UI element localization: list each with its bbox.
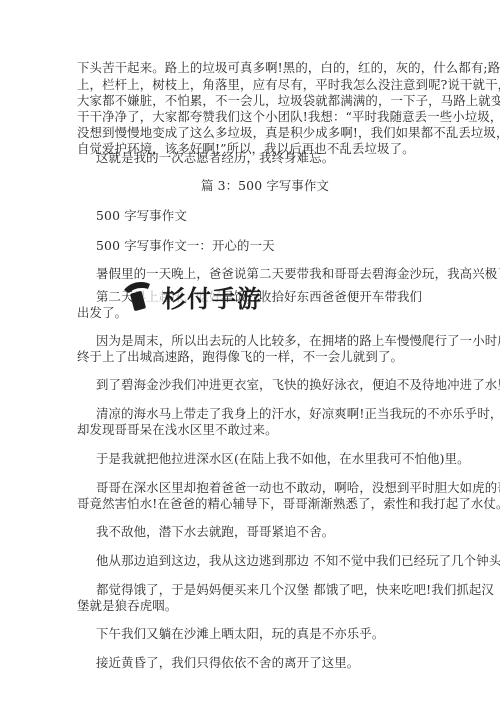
- text-line: 下头苦干起来。路上的垃圾可真多啊!黑的，白的，红的，灰的，什么都有;路边: [77, 60, 500, 76]
- paragraph-line: 都觉得饿了，于是妈妈便买来几个汉堡 都饿了吧，快来吃吧!我们抓起汉: [96, 582, 494, 598]
- text-line: 上，栏杆上，树枝上，角落里，应有尽有，平时我怎么没注意到呢?说干就干，: [77, 77, 500, 93]
- watermark: 杉付手游: [120, 276, 262, 316]
- text-line: 干干净净了，大家都夸赞我们这个小团队!我想：“平时我随意丢一些小垃圾，: [77, 109, 500, 125]
- paragraph-line: 因为是周末，所以出去玩的人比较多，在拥堵的路上车慢慢爬行了一小时后，: [96, 333, 500, 349]
- paragraph: 这就是我的一次志愿者经历，我终身难忘。: [96, 150, 334, 166]
- paragraph: 接近黄昏了，我们只得依依不舍的离开了这里。: [96, 655, 359, 671]
- section-title: 篇 3：500 字写事作文: [0, 178, 500, 194]
- paragraph-line: 却发现哥哥呆在浅水区里不敢过来。: [77, 422, 278, 438]
- paragraph-line: 堡就是狼吞虎咽。: [77, 598, 177, 614]
- text-line: 没想到慢慢地变成了这么多垃圾，真是积少成多啊!，我们如果都不乱丢垃圾，: [77, 125, 500, 141]
- hand-phone-logo-icon: [120, 276, 160, 316]
- subtitle: 500 字写事作文: [96, 208, 187, 224]
- paragraph: 他从那边追到这边，我从这边逃到那边 不知不觉中我们已经玩了几个钟头。: [96, 553, 500, 569]
- subtitle: 500 字写事作文一：开心的一天: [96, 238, 275, 254]
- paragraph: 我不敌他，潜下水去就跑，哥哥紧追不舍。: [96, 524, 334, 540]
- paragraph: 于是我就把他拉进深水区(在陆上我不如他，在水里我可不怕他)里。: [96, 451, 470, 467]
- text-line: 大家都不嫌脏，不怕累，不一会儿，垃圾袋就都满满的，一下子，马路上就变得: [77, 93, 500, 109]
- paragraph-line: 哥竟然害怕水!在爸爸的精心辅导下，哥哥渐渐熟悉了，索性和我打起了水仗。: [77, 496, 500, 512]
- paragraph-line: 清凉的海水马上带走了我身上的汗水，好凉爽啊!正当我玩的不亦乐乎时，: [96, 406, 500, 422]
- document-page: 下头苦干起来。路上的垃圾可真多啊!黑的，白的，红的，灰的，什么都有;路边 上，栏…: [0, 0, 500, 708]
- paragraph-line: 哥哥在深水区里却抱着爸爸一动也不敢动，啊哈，没想到平时胆大如虎的哥: [96, 480, 500, 496]
- paragraph-line: 终于上了出城高速路，跑得像飞的一样，不一会儿就到了。: [77, 349, 403, 365]
- watermark-text: 杉付手游: [162, 279, 262, 314]
- paragraph: 到了碧海金沙我们冲进更衣室，飞快的换好泳衣，便迫不及待地冲进了水里。: [96, 377, 500, 393]
- paragraph: 下午我们又躺在沙滩上晒太阳，玩的真是不亦乐乎。: [96, 626, 384, 642]
